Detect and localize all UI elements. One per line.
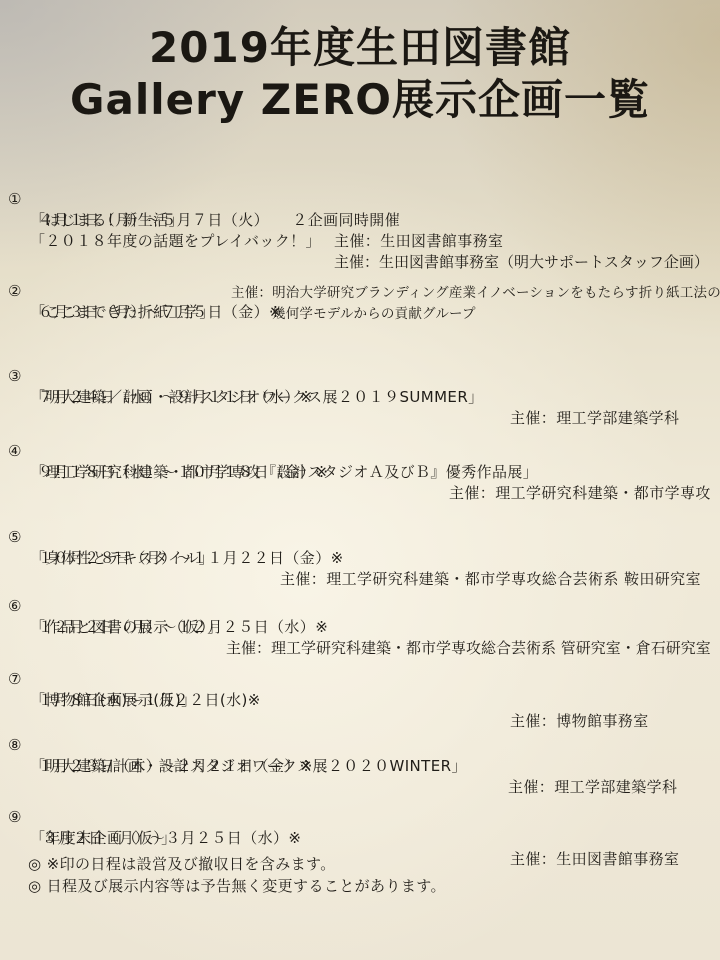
exhibit-item-6: ⑥ １２月２日（月）～１２月２５日（水）※ 「作品と図書の展示（仮）」 主催：理… (0, 575, 720, 617)
exhibit-organizer-line: 主催：理工学研究科建築・都市学専攻 (0, 462, 720, 483)
exhibit-title: 「２０１８年度の話題をプレイバック！」 (30, 231, 321, 252)
exhibit-organizer: 主催：生田図書館事務室 (334, 231, 503, 252)
item-date-line: ③ ７月２４日（水）～９月１１日（水）※ (0, 345, 720, 366)
exhibit-line: 「明大建築／計画・設計スタジオワークス展２０１９SUMMER」 主催：理工学部建… (0, 366, 720, 387)
exhibit-line: 幾何学モデルからの貢献グループ (0, 302, 720, 323)
exhibit-title: 「博物館企画展示(仮)」 (30, 690, 197, 711)
exhibit-item-8: ⑧ １月２３日（木）～２月２１日（金）※ 「明大建築/計画・設計スタジオワークス… (0, 714, 720, 756)
exhibit-organizer: 主催：明治大学研究ブランディング産業イノベーションをもたらす折り紙工法の (231, 283, 720, 304)
exhibit-line: 「理工学研究科建築・都市学専攻『設計スタジオＡ及びＢ』優秀作品展」 (0, 441, 720, 462)
item-date-line: ④ ９月１８日（水）～１０月１８日（金）※ (0, 420, 720, 441)
exhibit-line: 「ここまできた折紙工学」 主催：明治大学研究ブランディング産業イノベーションをも… (0, 281, 720, 302)
exhibit-title: 「作品と図書の展示（仮）」 (30, 617, 223, 638)
exhibit-line: 「２０１８年度の話題をプレイバック！」 主催：生田図書館事務室（明大サポートスタ… (0, 210, 720, 231)
item-date-line: ⑥ １２月２日（月）～１２月２５日（水）※ (0, 575, 720, 596)
title-line-2: Gallery ZERO展示企画一覧 (0, 74, 720, 126)
exhibit-organizer-continued: 幾何学モデルからの貢献グループ (272, 304, 476, 325)
item-date-line: ① ４月１日（月）～５月７日（火） ２企画同時開催 (0, 168, 720, 189)
exhibit-line: 「明大建築/計画・設計スタジオワークス展２０２０WINTER」 主催：理工学部建… (0, 735, 720, 756)
exhibit-item-5: ⑤ １０月２８日（月）～１１月２２日（金）※ 「身体性とテキスタイル」 主催：理… (0, 506, 720, 548)
exhibit-line: 「はじまる！新生活」 主催：生田図書館事務室 (0, 189, 720, 210)
exhibit-item-4: ④ ９月１８日（水）～１０月１８日（金）※ 「理工学研究科建築・都市学専攻『設計… (0, 420, 720, 483)
item-date-line: ⑦ １月８日(水)～１月２２日(水)※ (0, 648, 720, 669)
exhibit-line: 「年度末企画（仮）」 主催：生田図書館事務室 (0, 807, 720, 828)
title-line-1: 2019年度生田図書館 (0, 22, 720, 74)
item-date-line: ② ６月３日（月）～７月５日（金）※ (0, 260, 720, 281)
exhibit-title: 「身体性とテキスタイル」 (30, 548, 214, 569)
footer-notes: ◎ ※印の日程は設営及び撤収日を含みます。 ◎ 日程及び展示内容等は予告無く変更… (28, 854, 708, 897)
note-line-1: ◎ ※印の日程は設営及び撤収日を含みます。 (28, 854, 708, 876)
exhibit-item-7: ⑦ １月８日(水)～１月２２日(水)※ 「博物館企画展示(仮)」 主催：博物館事… (0, 648, 720, 690)
exhibit-item-3: ③ ７月２４日（水）～９月１１日（水）※ 「明大建築／計画・設計スタジオワークス… (0, 345, 720, 387)
exhibit-item-2: ② ６月３日（月）～７月５日（金）※ 「ここまできた折紙工学」 主催：明治大学研… (0, 260, 720, 323)
exhibit-line: 「作品と図書の展示（仮）」 主催：理工学研究科建築・都市学専攻総合芸術系 管研究… (0, 596, 720, 617)
slide-background: 2019年度生田図書館 Gallery ZERO展示企画一覧 ① ４月１日（月）… (0, 0, 720, 960)
exhibit-item-9: ⑨ ３月２日（月）～３月２５日（水）※ 「年度末企画（仮）」 主催：生田図書館事… (0, 786, 720, 828)
exhibit-title: 「明大建築／計画・設計スタジオワークス展２０１９SUMMER」 (30, 387, 484, 408)
page-title: 2019年度生田図書館 Gallery ZERO展示企画一覧 (0, 22, 720, 126)
exhibit-item-1: ① ４月１日（月）～５月７日（火） ２企画同時開催 「はじまる！新生活」 主催：… (0, 168, 720, 231)
item-date-line: ⑨ ３月２日（月）～３月２５日（水）※ (0, 786, 720, 807)
exhibit-line: 「身体性とテキスタイル」 主催：理工学研究科建築・都市学専攻総合芸術系 鞍田研究… (0, 527, 720, 548)
exhibit-line: 「博物館企画展示(仮)」 主催：博物館事務室 (0, 669, 720, 690)
exhibit-title: 「明大建築/計画・設計スタジオワークス展２０２０WINTER」 (30, 756, 467, 777)
exhibit-organizer: 主催：理工学研究科建築・都市学専攻 (449, 483, 711, 504)
item-date-line: ⑧ １月２３日（木）～２月２１日（金）※ (0, 714, 720, 735)
item-date-line: ⑤ １０月２８日（月）～１１月２２日（金）※ (0, 506, 720, 527)
exhibit-title: 「年度末企画（仮）」 (30, 828, 177, 849)
note-line-2: ◎ 日程及び展示内容等は予告無く変更することがあります。 (28, 876, 708, 898)
